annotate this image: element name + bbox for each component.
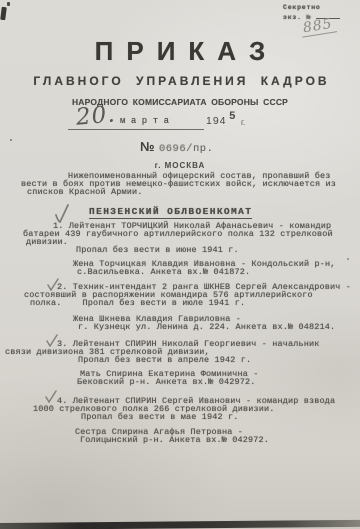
entry-line: Пропал без вести в апреле 1942 г. [78,356,251,365]
relative-line: с.Васильевка. Анкета вх.№ 041872. [77,268,250,277]
date-underline [68,129,204,130]
entry-line: полка. Пропал без вести в июле 1941 г. [30,299,245,308]
entry-line: Пропал без вести в мае 1942 г. [81,413,239,422]
issuing-commissariat: НАРОДНОГО КОМИССАРИАТА ОБОРОНЫ СССР [0,97,360,107]
scan-bottom-edge [0,520,360,529]
order-number-suffix: пр. [193,143,213,155]
document-title: ПРИКАЗ [0,36,360,67]
order-number-value: 0696/ [159,143,193,155]
entry-line: Пропал без вести в июне 1941 г. [76,246,239,255]
date-year-typed: 5 [229,111,236,123]
issuing-directorate: ГЛАВНОГО УПРАВЛЕНИЯ КАДРОВ [0,74,360,88]
entry-line: дивизии. [26,238,68,247]
checkmark-icon [45,390,57,403]
date-month: марта [120,116,175,126]
scan-dot [7,2,10,6]
relative-line: Бековский р-н. Анкета вх.№ 042972. [77,378,256,387]
stamp-line-secret: Секретно [283,4,340,12]
paper-speck [10,139,12,141]
paper-speck [347,258,349,260]
section-header-oblast-military-commissariat: ПЕНЗЕНСКИЙ ОБЛВОЕНКОМАТ [89,206,252,219]
intro-line: списков Красной Армии. [27,188,143,197]
scanned-order-document: Секретно экз. № 885 ПРИКАЗ ГЛАВНОГО УПРА… [0,0,360,529]
relative-line: г. Кузнецк ул. Ленина д. 224. Анкета вх.… [78,323,335,332]
handwritten-day: 20. [75,101,117,130]
date-year-suffix: г. [241,118,245,127]
scan-edge-mark [0,7,7,21]
checkmark-icon [54,203,70,223]
relative-line: Голицынский р-н. Анкета вх.№ 042972. [80,436,269,445]
entry-line: батареи 439 гаубичного артиллерийского п… [23,230,333,239]
date-year-printed: 194 [206,115,227,127]
place-of-issue: г. МОСКВА [0,161,360,170]
order-number-line: № 0696/пр. [140,138,213,156]
order-number-sign: № [140,139,155,154]
